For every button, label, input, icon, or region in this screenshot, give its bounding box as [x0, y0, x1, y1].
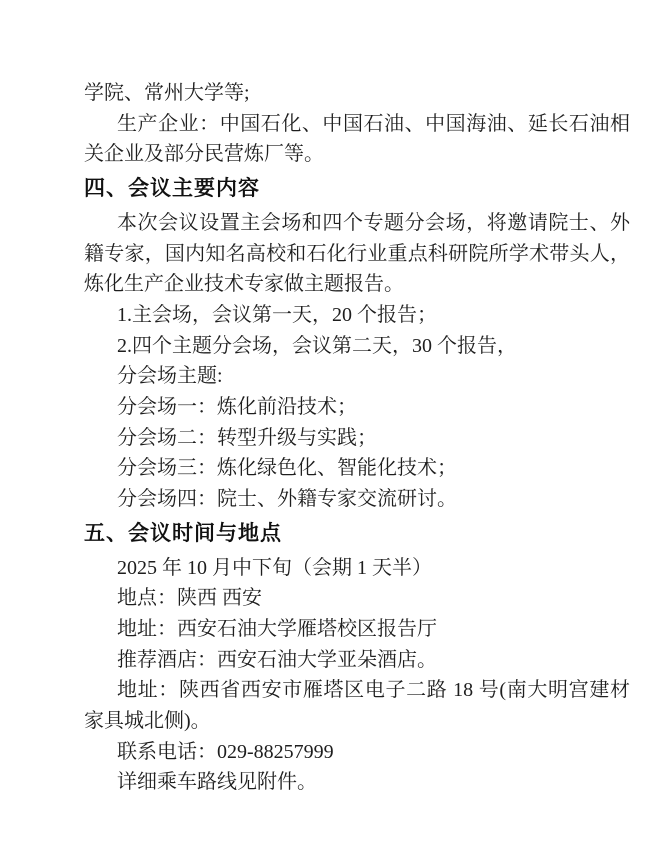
line-subvenue-1: 分会场一：炼化前沿技术；	[84, 392, 630, 423]
continuation-line-universities: 学院、常州大学等;	[84, 78, 630, 109]
document-page: 学院、常州大学等; 生产企业：中国石化、中国石油、中国海油、延长石油相关企业及部…	[0, 0, 654, 855]
line-subvenue-topics-label: 分会场主题:	[84, 361, 630, 392]
line-contact-phone: 联系电话：029-88257999	[84, 737, 630, 768]
line-subvenue-2: 分会场二：转型升级与实践；	[84, 423, 630, 454]
heading-section-four-main-content: 四、会议主要内容	[84, 174, 630, 205]
line-subvenue-4: 分会场四：院士、外籍专家交流研讨。	[84, 484, 630, 515]
list-item-sub-venues: 2.四个主题分会场，会议第二天，30 个报告，	[84, 331, 630, 362]
paragraph-meeting-overview: 本次会议设置主会场和四个专题分会场，将邀请院士、外籍专家，国内知名高校和石化行业…	[84, 208, 630, 300]
paragraph-producer-companies: 生产企业：中国石化、中国石油、中国海油、延长石油相关企业及部分民营炼厂等。	[84, 109, 630, 170]
line-venue-address: 地址：西安石油大学雁塔校区报告厅	[84, 614, 630, 645]
line-subvenue-3: 分会场三：炼化绿色化、智能化技术；	[84, 453, 630, 484]
paragraph-hotel-address: 地址：陕西省西安市雁塔区电子二路 18 号(南大明宫建材家具城北侧)。	[84, 675, 630, 736]
line-conference-date: 2025 年 10 月中下旬（会期 1 天半）	[84, 553, 630, 584]
line-conference-location: 地点：陕西 西安	[84, 583, 630, 614]
list-item-main-venue: 1.主会场，会议第一天，20 个报告；	[84, 300, 630, 331]
line-recommended-hotel: 推荐酒店：西安石油大学亚朵酒店。	[84, 645, 630, 676]
heading-section-five-time-place: 五、会议时间与地点	[84, 519, 630, 550]
line-route-note: 详细乘车路线见附件。	[84, 767, 630, 798]
document-content: 学院、常州大学等; 生产企业：中国石化、中国石油、中国海油、延长石油相关企业及部…	[84, 78, 630, 798]
